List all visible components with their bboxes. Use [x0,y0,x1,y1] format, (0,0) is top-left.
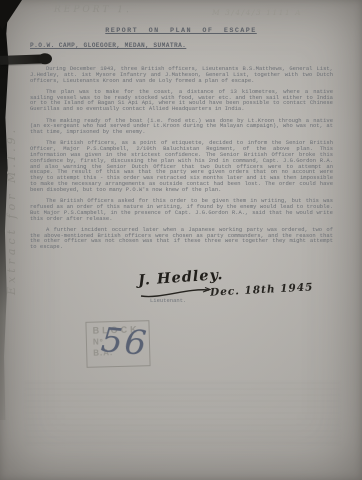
document-subtitle: P.O.W. CAMP, GLOEGOER, MEDAN, SUMATRA. [30,42,186,49]
scanned-document-page: REPORT 1. M 3/4/4/3 1111 A Extract for M… [0,0,362,480]
pencil-note-left-margin: Extract for M.I.9. [5,126,18,295]
signature-rank-label: Lieutenant. [150,297,186,304]
handwritten-block-number: 56 [99,320,150,364]
paragraph-6: A further incident occurred later when a… [30,227,333,250]
reverse-side-bleed-through [25,382,340,446]
document-body: During December 1943, three British offi… [30,66,333,256]
document-title: REPORT ON PLAN OF ESCAPE [0,27,362,35]
pencil-note-report-number: REPORT 1. [54,5,132,16]
scan-corner-tear [0,0,22,30]
paragraph-4: The British officers, as a point of etiq… [30,140,333,192]
paragraph-1: During December 1943, three British offi… [30,66,333,83]
handwritten-date: Dec. 18th 1945 [210,281,314,298]
paragraph-5: The British Officers asked for this orde… [30,198,333,221]
ink-blob [0,54,50,65]
paragraph-2: The plan was to make for the coast, a di… [30,89,333,112]
pencil-note-file-reference: M 3/4/4/3 1111 A [212,8,302,17]
handwritten-signature: J. Hedley. [138,266,224,289]
paragraph-3: The making ready of the boat (i.e. food … [30,118,333,135]
